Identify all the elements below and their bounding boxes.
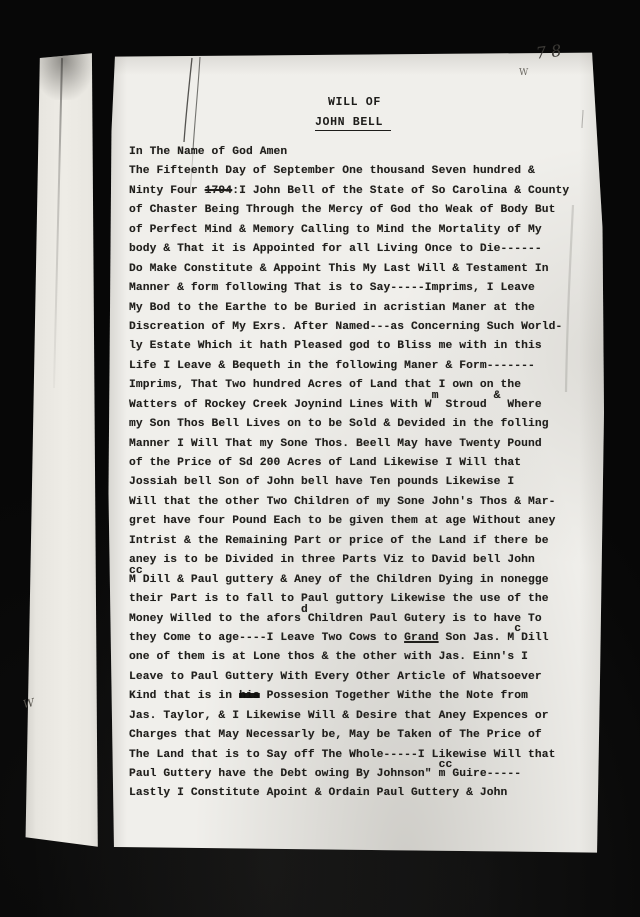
document-line: Kind that is in his Possesion Together W… [129, 690, 595, 709]
page-subtitle: JOHN BELL [315, 116, 391, 131]
document-line: Discreation of My Exrs. After Named---as… [129, 321, 595, 340]
document-line: Jossiah bell Son of John bell have Ten p… [129, 476, 595, 495]
document-line: Ninty Four 1794:I John Bell of the State… [129, 185, 595, 204]
document-line: aney is to be Divided in three Parts Viz… [129, 554, 595, 573]
smudge-mark-top: W [519, 68, 528, 78]
document-line: Life I Leave & Bequeth in the following … [129, 360, 595, 379]
document-line: Manner & form following That is to Say--… [129, 282, 595, 301]
document-line: Imprims, That Two hundred Acres of Land … [129, 379, 595, 398]
document-line: ccM Dill & Paul guttery & Aney of the Ch… [129, 574, 595, 593]
document-line: Money Willed to the aforsd Children Paul… [129, 613, 595, 632]
document-line: Lastly I Constitute Apoint & Ordain Paul… [129, 787, 595, 806]
document-line: of the Price of Sd 200 Acres of Land Lik… [129, 457, 595, 476]
smudge-mark-left: W [22, 696, 36, 711]
document-line: their Part is to fall to Paul guttory Li… [129, 593, 595, 612]
document-line: My Bod to the Earthe to be Buried in acr… [129, 302, 595, 321]
document-line: Charges that May Necessarly be, May be T… [129, 729, 595, 748]
document-page: WILL OF JOHN BELL In The Name of God Ame… [107, 51, 604, 855]
document-line: Jas. Taylor, & I Likewise Will & Desire … [129, 710, 595, 729]
document-line: one of them is at Lone thos & the other … [129, 651, 595, 670]
document-line: of Perfect Mind & Memory Calling to Mind… [129, 224, 595, 243]
document-line: Watters of Rockey Creek Joynind Lines Wi… [129, 399, 595, 418]
document-line: Do Make Constitute & Appoint This My Las… [129, 263, 595, 282]
document-line: Manner I Will That my Sone Thos. Beell M… [129, 438, 595, 457]
left-page-edge [18, 50, 102, 850]
document-line: my Son Thos Bell Lives on to be Sold & D… [129, 418, 595, 437]
document-lines: In The Name of God AmenThe Fifteenth Day… [129, 146, 595, 807]
document-line: of Chaster Being Through the Mercy of Go… [129, 204, 595, 223]
scan-background: WILL OF JOHN BELL In The Name of God Ame… [0, 0, 640, 917]
document-line: The Fifteenth Day of September One thous… [129, 165, 595, 184]
handwritten-page-number: 78 [535, 40, 567, 63]
document-line: ly Estate Which it hath Pleased god to B… [129, 340, 595, 359]
document-line: gret have four Pound Each to be given th… [129, 515, 595, 534]
document-line: In The Name of God Amen [129, 146, 595, 165]
document-line: body & That it is Appointed for all Livi… [129, 243, 595, 262]
document-line: Will that the other Two Children of my S… [129, 496, 595, 515]
document-line: The Land that is to Say off The Whole---… [129, 749, 595, 768]
document-line: Intrist & the Remaining Part or price of… [129, 535, 595, 554]
document-line: Leave to Paul Guttery With Every Other A… [129, 671, 595, 690]
document-line: Paul Guttery have the Debt owing By John… [129, 768, 595, 787]
page-title: WILL OF [328, 96, 381, 109]
document-line: they Come to age----I Leave Two Cows to … [129, 632, 595, 651]
